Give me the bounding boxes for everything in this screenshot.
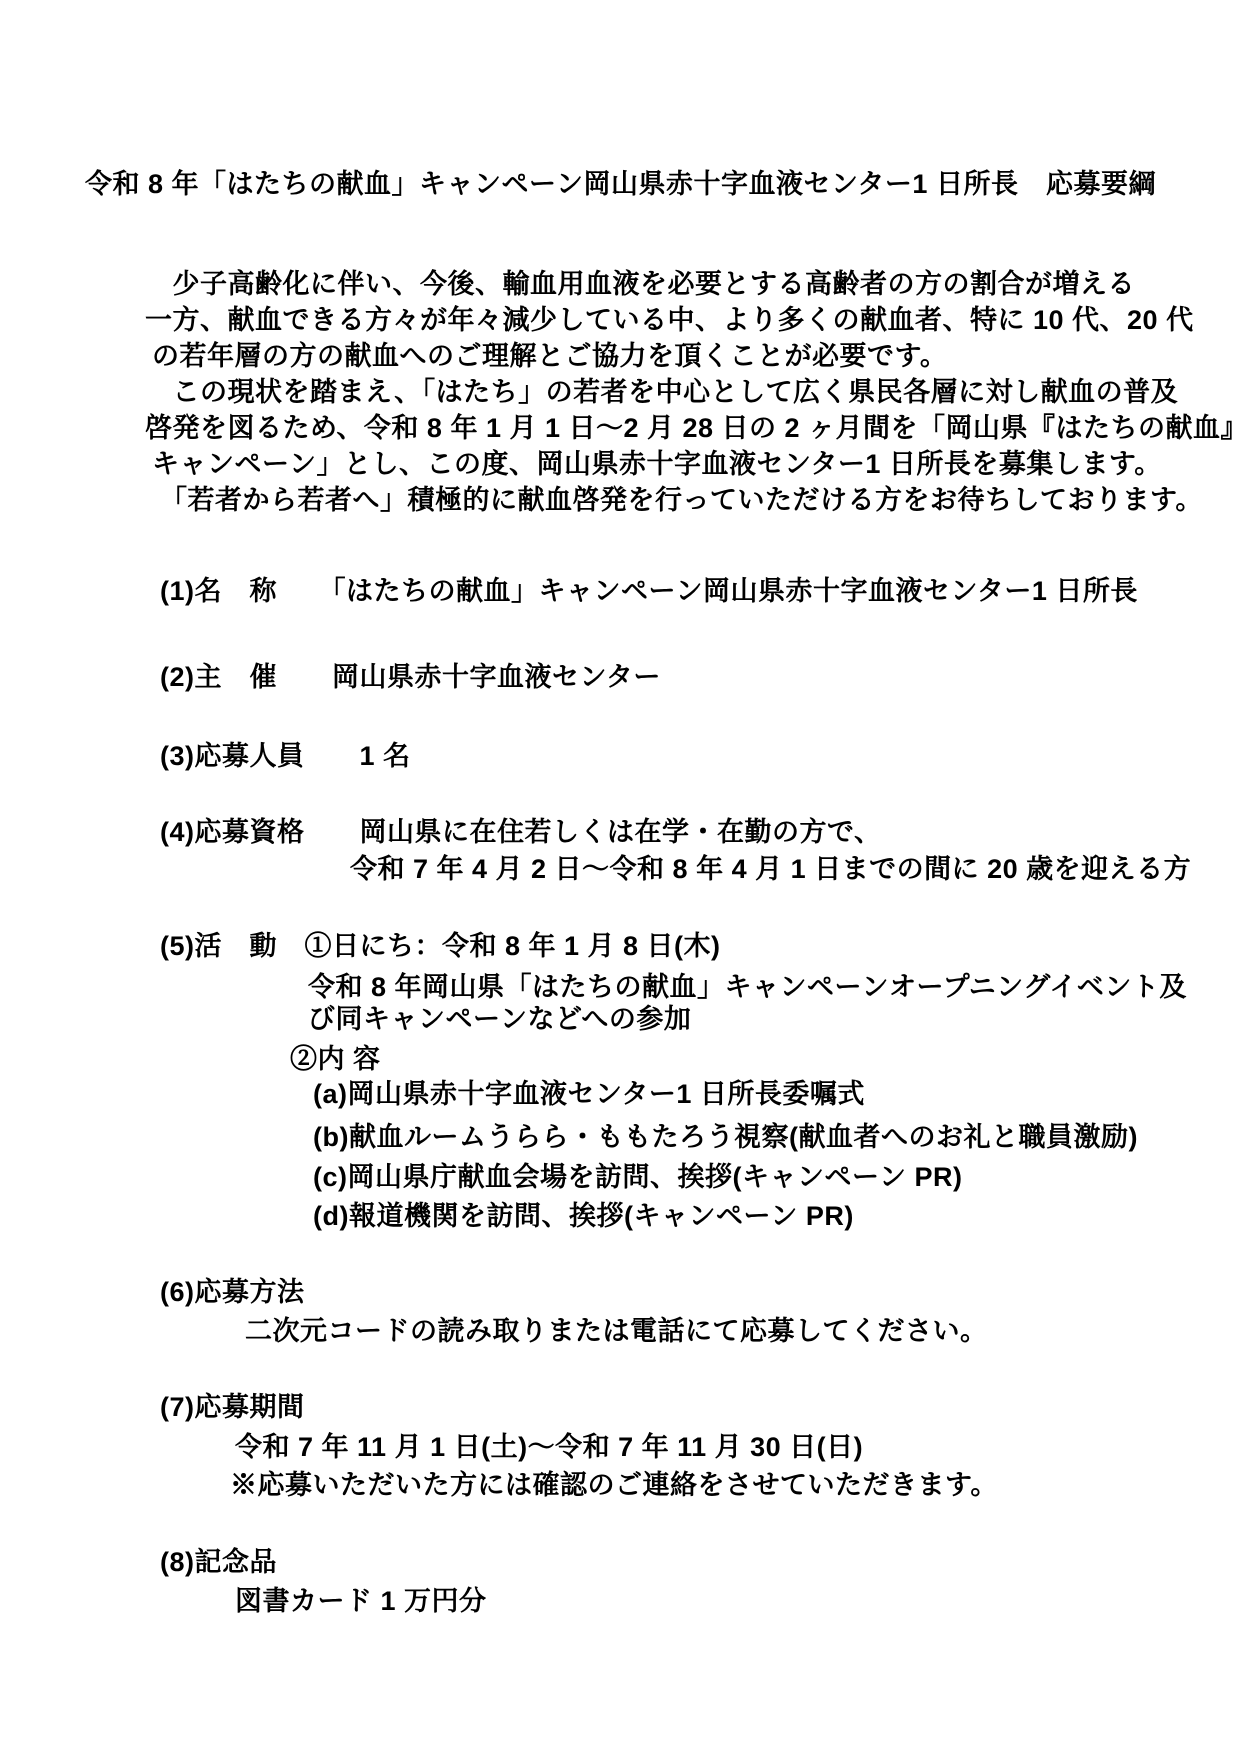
intro-line-1: 少子高齢化に伴い、今後、輸血用血液を必要とする高齢者の方の割合が増える [145, 266, 1135, 302]
document-page: 令和 8 年「はたちの献血」キャンペーン岡山県赤十字血液センター1 日所長 応募… [0, 0, 1241, 1755]
intro-line-6: キャンペーン」とし、この度、岡山県赤十字血液センター1 日所長を募集します。 [152, 446, 1162, 482]
section-1-name: (1)名 称 「はたちの献血」キャンペーン岡山県赤十字血液センター1 日所長 [160, 573, 1138, 609]
section-7-sub-1: 令和 7 年 11 月 1 日(土)～令和 7 年 11 月 30 日(日) [235, 1429, 863, 1465]
intro-line-7: 「若者から若者へ」積極的に献血啓発を行っていただける方をお待ちしております。 [160, 482, 1203, 518]
section-5-item-c: (c)岡山県庁献血会場を訪問、挨拶(キャンペーン PR) [313, 1159, 962, 1195]
section-4-eligibility: (4)応募資格 岡山県に在住若しくは在学・在勤の方で、 [160, 814, 881, 850]
section-5-item-d: (d)報道機関を訪問、挨拶(キャンペーン PR) [313, 1198, 854, 1234]
section-5-item-b: (b)献血ルームうらら・ももたろう視察(献血者へのお礼と職員激励) [313, 1119, 1138, 1155]
section-8-souvenir: (8)記念品 [160, 1544, 277, 1580]
section-5-contents-heading: ②内 容 [290, 1041, 381, 1077]
section-5-item-a: (a)岡山県赤十字血液センター1 日所長委嘱式 [313, 1076, 865, 1112]
intro-line-5: 啓発を図るため、令和 8 年 1 月 1 日～2 月 28 日の 2 ヶ月間を「… [145, 410, 1241, 446]
section-7-sub-2: ※応募いただいた方には確認のご連絡をさせていただきます。 [230, 1467, 998, 1503]
section-2-organizer: (2)主 催 岡山県赤十字血液センター [160, 659, 661, 695]
section-5-activity-sub-2: び同キャンペーンなどへの参加 [308, 1001, 691, 1037]
section-4-eligibility-line-2: 令和 7 年 4 月 2 日～令和 8 年 4 月 1 日までの間に 20 歳を… [350, 851, 1191, 887]
section-7-application-period: (7)応募期間 [160, 1389, 305, 1425]
section-5-activity: (5)活 動 ①日にち：令和 8 年 1 月 8 日(木) [160, 928, 721, 964]
section-5-activity-sub-1: 令和 8 年岡山県「はたちの献血」キャンペーンオープニングイベント及 [308, 969, 1187, 1005]
section-6-how-to-apply: (6)応募方法 [160, 1274, 305, 1310]
page-title: 令和 8 年「はたちの献血」キャンペーン岡山県赤十字血液センター1 日所長 応募… [0, 166, 1241, 202]
section-3-capacity: (3)応募人員 1 名 [160, 738, 411, 774]
intro-line-4: この現状を踏まえ、「はたち」の若者を中心として広く県民各層に対し献血の普及 [145, 374, 1178, 410]
intro-line-2: 一方、献血できる方々が年々減少している中、より多くの献血者、特に 10 代、20… [145, 302, 1194, 338]
intro-line-3: の若年層の方の献血へのご理解とご協力を頂くことが必要です。 [152, 338, 947, 374]
section-6-sub: 二次元コードの読み取りまたは電話にて応募してください。 [245, 1313, 988, 1349]
section-8-sub: 図書カード 1 万円分 [235, 1583, 487, 1619]
